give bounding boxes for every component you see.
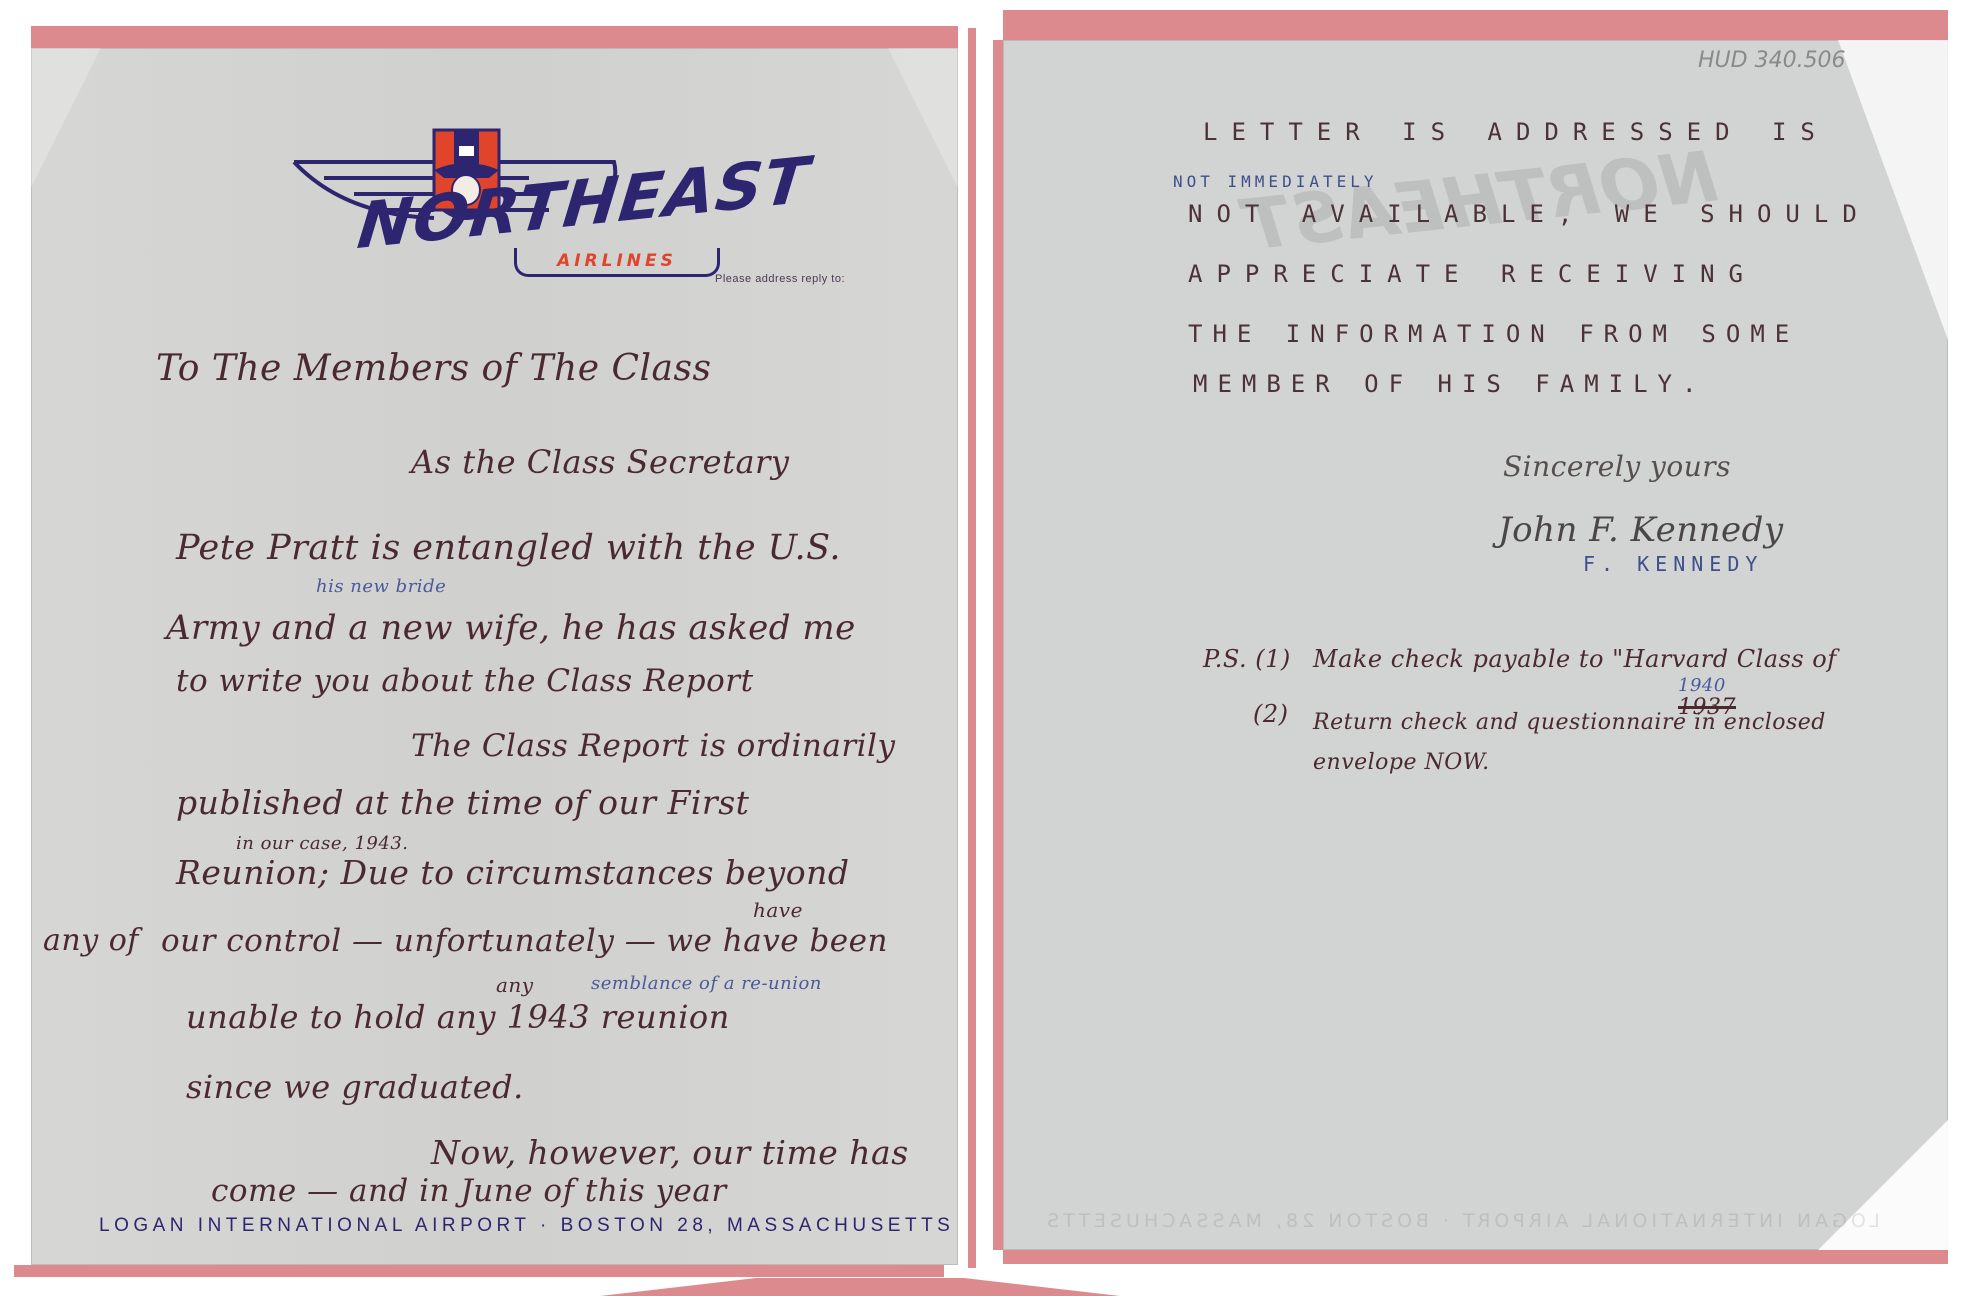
insertion-not-immediately: NOT IMMEDIATELY: [1173, 172, 1378, 191]
ps-item-2: Return check and questionnaire in enclos…: [1313, 710, 1826, 735]
letter-line: Now, however, our time has: [431, 1133, 909, 1172]
archive-mark: HUD 340.506: [1698, 48, 1846, 73]
letter-line: to write you about the Class Report: [176, 663, 754, 699]
insertion-have: have: [753, 898, 803, 922]
ps-item-1: Make check payable to "Harvard Class of: [1313, 645, 1837, 673]
letter-line: come — and in June of this year: [211, 1173, 727, 1209]
insertion-semblance: semblance of a re-union: [591, 973, 822, 994]
letter-line: The Class Report is ordinarily: [411, 728, 895, 764]
letter-line: Reunion; Due to circumstances beyond: [176, 853, 849, 892]
mat-right-bottom: [1003, 1250, 1948, 1264]
margin-note: any of: [43, 923, 139, 958]
insertion-reunion-year: in our case, 1943.: [236, 833, 409, 854]
letter-line: THE INFORMATION FROM SOME: [1188, 320, 1799, 348]
reply-note: Please address reply to:: [715, 273, 845, 285]
letter-page-2: NORTHEAST HUD 340.506 LETTER IS ADDRESSE…: [1003, 40, 1948, 1250]
photo-corner-top-right: [888, 48, 958, 188]
letterhead-footer: LOGAN INTERNATIONAL AIRPORT · BOSTON 28,…: [99, 1215, 954, 1237]
letter-line: since we graduated.: [186, 1068, 524, 1106]
brand-subtitle-frame: AIRLINES: [514, 248, 720, 277]
letter-line: our control — unfortunately — we have be…: [161, 923, 888, 959]
letter-page-1: NORTHEAST AIRLINES Please address reply …: [31, 48, 958, 1265]
northeast-airlines-logo: NORTHEAST AIRLINES: [284, 120, 734, 290]
ps-item-2-cont: envelope NOW.: [1313, 750, 1490, 775]
photo-corner-top-right: [1838, 40, 1948, 340]
mat-right-left-edge: [993, 40, 1003, 1250]
signature: John F. Kennedy: [1498, 510, 1784, 550]
mat-bottom-center: [600, 1278, 1120, 1296]
ps-label-1: P.S. (1): [1203, 645, 1291, 673]
letter-line: published at the time of our First: [176, 783, 749, 822]
letter-line: Army and a new wife, he has asked me: [166, 608, 856, 648]
letter-line: APPRECIATE RECEIVING: [1188, 260, 1757, 288]
footer-show-through: LOGAN INTERNATIONAL AIRPORT · BOSTON 28,…: [1043, 1210, 1880, 1232]
ps-year-insert: 1940: [1678, 675, 1726, 696]
letter-line: unable to hold any 1943 reunion: [186, 998, 730, 1036]
brand-subtitle: AIRLINES: [557, 251, 677, 271]
mat-right-top: [1003, 10, 1948, 44]
letter-line: As the Class Secretary: [411, 443, 789, 481]
insertion-bride: his new bride: [316, 576, 446, 597]
mat-center-divider: [968, 28, 976, 1268]
closing: Sincerely yours: [1503, 450, 1731, 483]
insertion-any: any: [496, 973, 534, 997]
letter-line: LETTER IS ADDRESSED IS: [1203, 118, 1829, 146]
mat-left-bottom: [14, 1265, 944, 1277]
ps-label-2: (2): [1253, 700, 1289, 728]
photo-corner-top-left: [31, 48, 101, 188]
salutation: To The Members of The Class: [156, 348, 711, 389]
letter-line: NOT AVAILABLE, WE SHOULD: [1188, 200, 1871, 228]
printed-name: F. KENNEDY: [1583, 552, 1763, 576]
letter-line: Pete Pratt is entangled with the U.S.: [176, 528, 841, 568]
letter-line: MEMBER OF HIS FAMILY.: [1193, 370, 1706, 398]
